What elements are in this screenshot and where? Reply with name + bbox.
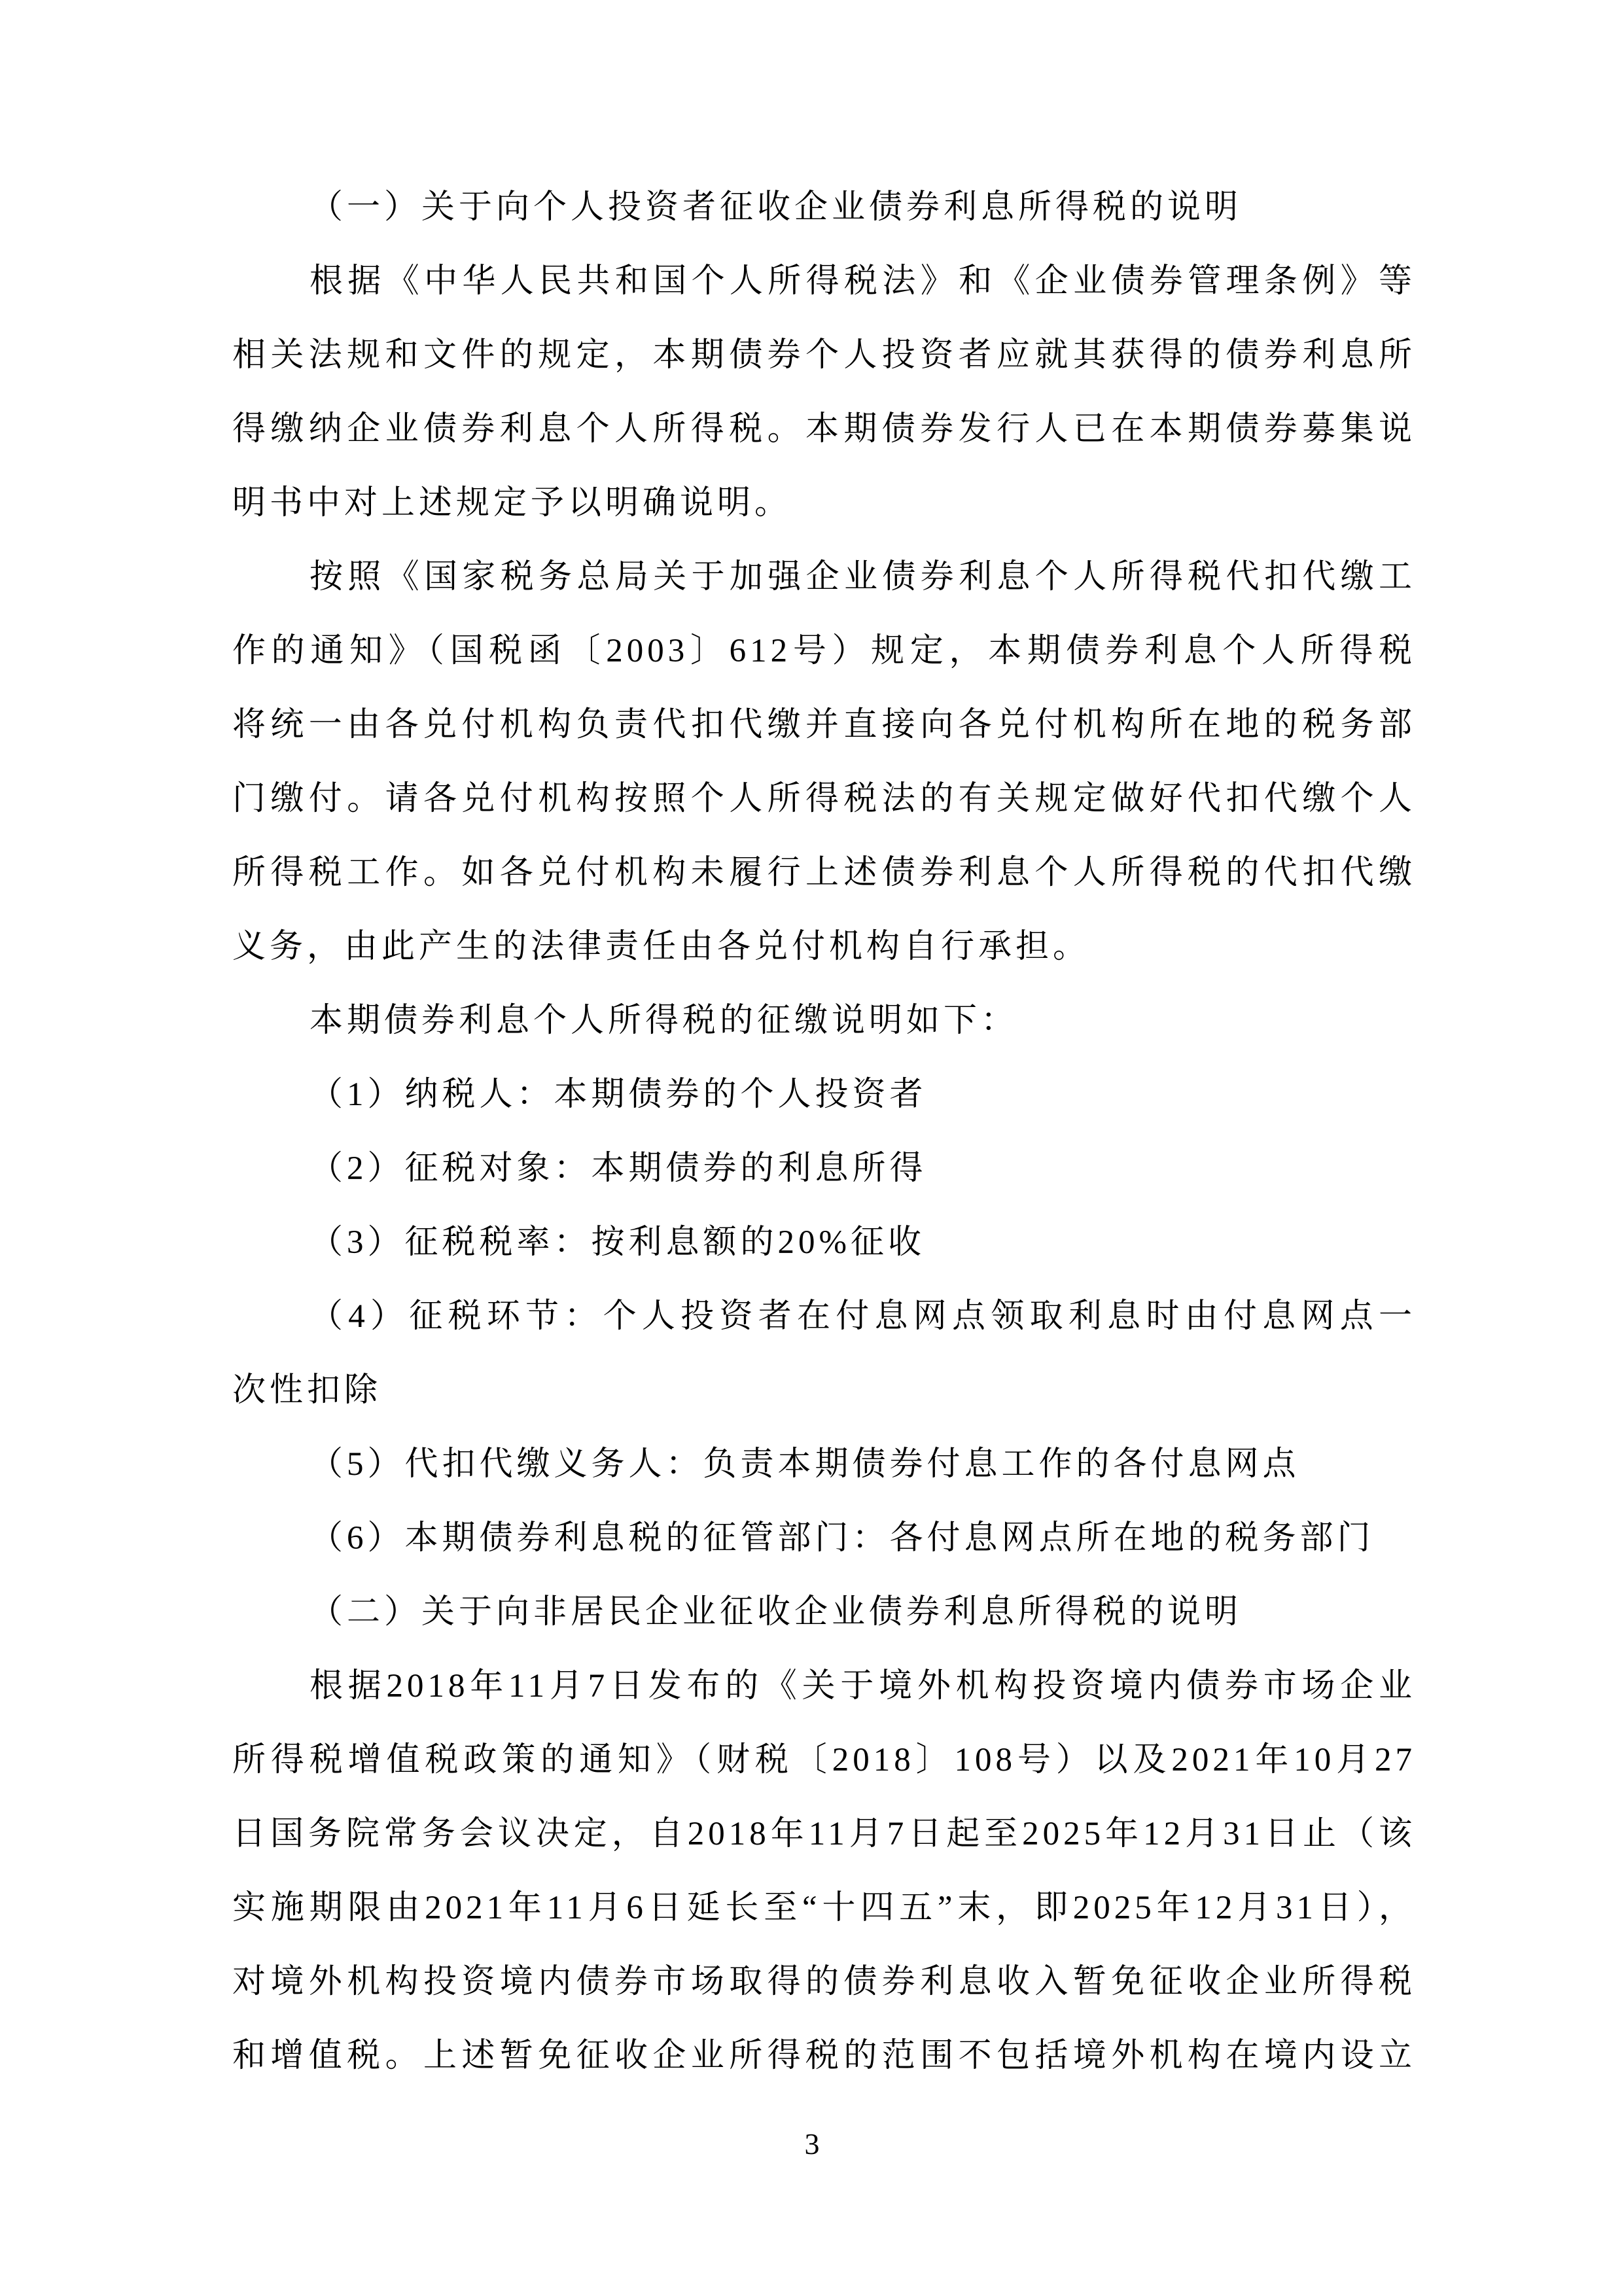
text-line: 得缴纳企业债券利息个人所得税。本期债券发行人已在本期债券募集说 <box>232 393 1416 467</box>
text-line: 义务，由此产生的法律责任由各兑付机构自行承担。 <box>232 910 1416 984</box>
text-line: 门缴付。请各兑付机构按照个人所得税法的有关规定做好代扣代缴个人 <box>232 762 1416 836</box>
text-line: 根据2018年11月7日发布的《关于境外机构投资境内债券市场企业 <box>232 1650 1416 1723</box>
text-line: （6）本期债券利息税的征管部门：各付息网点所在地的税务部门 <box>232 1502 1416 1576</box>
page-number: 3 <box>0 2125 1624 2164</box>
text-line: 和增值税。上述暂免征收企业所得税的范围不包括境外机构在境内设立 <box>232 2019 1416 2093</box>
text-line: 相关法规和文件的规定，本期债券个人投资者应就其获得的债券利息所 <box>232 319 1416 393</box>
text-line: 对境外机构投资境内债券市场取得的债券利息收入暂免征收企业所得税 <box>232 1945 1416 2019</box>
text-line: 所得税工作。如各兑付机构未履行上述债券利息个人所得税的代扣代缴 <box>232 836 1416 910</box>
text-line: （一）关于向个人投资者征收企业债券利息所得税的说明 <box>232 171 1416 245</box>
text-line: 根据《中华人民共和国个人所得税法》和《企业债券管理条例》等 <box>232 245 1416 319</box>
text-line: 实施期限由2021年11月6日延长至“十四五”末，即2025年12月31日）， <box>232 1871 1416 1945</box>
text-line: 作的通知》（国税函〔2003〕612号）规定，本期债券利息个人所得税 <box>232 614 1416 688</box>
text-line: （二）关于向非居民企业征收企业债券利息所得税的说明 <box>232 1576 1416 1650</box>
text-line: （5）代扣代缴义务人：负责本期债券付息工作的各付息网点 <box>232 1428 1416 1502</box>
text-line: 所得税增值税政策的通知》（财税〔2018〕108号）以及2021年10月27 <box>232 1723 1416 1797</box>
text-block: （一）关于向个人投资者征收企业债券利息所得税的说明根据《中华人民共和国个人所得税… <box>232 171 1416 2093</box>
text-line: 将统一由各兑付机构负责代扣代缴并直接向各兑付机构所在地的税务部 <box>232 688 1416 762</box>
text-line: 日国务院常务会议决定，自2018年11月7日起至2025年12月31日止（该 <box>232 1797 1416 1871</box>
text-line: （1）纳税人：本期债券的个人投资者 <box>232 1058 1416 1132</box>
document-page: （一）关于向个人投资者征收企业债券利息所得税的说明根据《中华人民共和国个人所得税… <box>0 0 1624 2296</box>
text-line: （2）征税对象：本期债券的利息所得 <box>232 1132 1416 1206</box>
text-line: （3）征税税率：按利息额的20%征收 <box>232 1206 1416 1280</box>
text-line: 本期债券利息个人所得税的征缴说明如下： <box>232 984 1416 1058</box>
text-line: 明书中对上述规定予以明确说明。 <box>232 467 1416 540</box>
text-line: （4）征税环节：个人投资者在付息网点领取利息时由付息网点一 <box>232 1280 1416 1354</box>
text-line: 次性扣除 <box>232 1354 1416 1428</box>
text-line: 按照《国家税务总局关于加强企业债券利息个人所得税代扣代缴工 <box>232 540 1416 614</box>
